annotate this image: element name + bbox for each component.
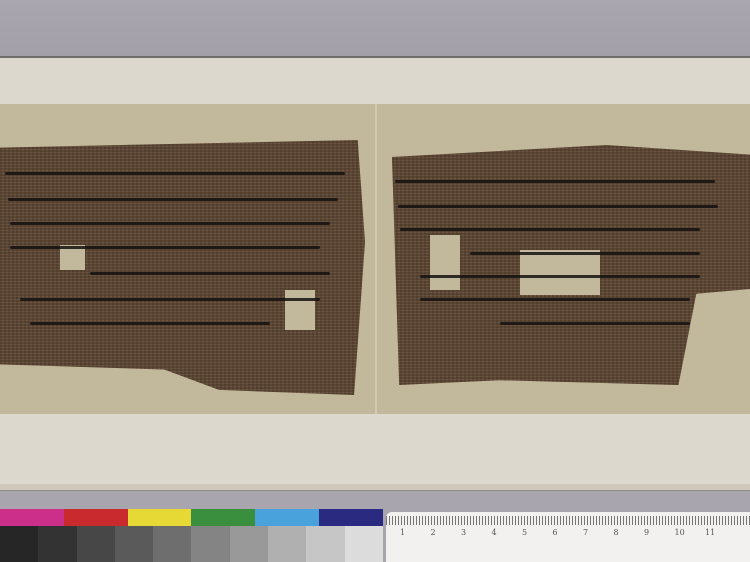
papyrus-fragment-left [0, 140, 365, 395]
color-swatch [64, 509, 128, 526]
papyrus-hole [430, 235, 460, 290]
ruler-label: 6 [553, 528, 584, 537]
glass-seam [375, 104, 377, 414]
gray-swatch [345, 526, 383, 562]
gray-swatch [153, 526, 191, 562]
gray-swatch [115, 526, 153, 562]
gray-swatch [306, 526, 344, 562]
ruler-label: 7 [583, 528, 614, 537]
color-swatch [128, 509, 192, 526]
ruler-label: 9 [644, 528, 675, 537]
gray-swatch [77, 526, 115, 562]
ruler-label: 5 [522, 528, 553, 537]
gray-swatch [230, 526, 268, 562]
gray-swatch [191, 526, 229, 562]
gray-swatch [38, 526, 76, 562]
ruler-label: 2 [431, 528, 462, 537]
ruler-label: 1 [400, 528, 431, 537]
measurement-ruler: 1234567891011 [386, 512, 750, 562]
ruler-label: 10 [675, 528, 706, 537]
mount-edge [0, 484, 750, 491]
ruler-label: 4 [492, 528, 523, 537]
color-swatch [0, 509, 64, 526]
color-calibration-bar [0, 509, 383, 562]
background-top [0, 0, 750, 56]
gray-swatch [0, 526, 38, 562]
ruler-label: 8 [614, 528, 645, 537]
color-swatch [255, 509, 319, 526]
papyrus-hole [285, 290, 315, 330]
gray-swatch [268, 526, 306, 562]
ruler-label: 11 [705, 528, 736, 537]
papyrus-hole [520, 250, 600, 295]
color-swatch [191, 509, 255, 526]
ruler-label: 3 [461, 528, 492, 537]
color-swatch [319, 509, 383, 526]
